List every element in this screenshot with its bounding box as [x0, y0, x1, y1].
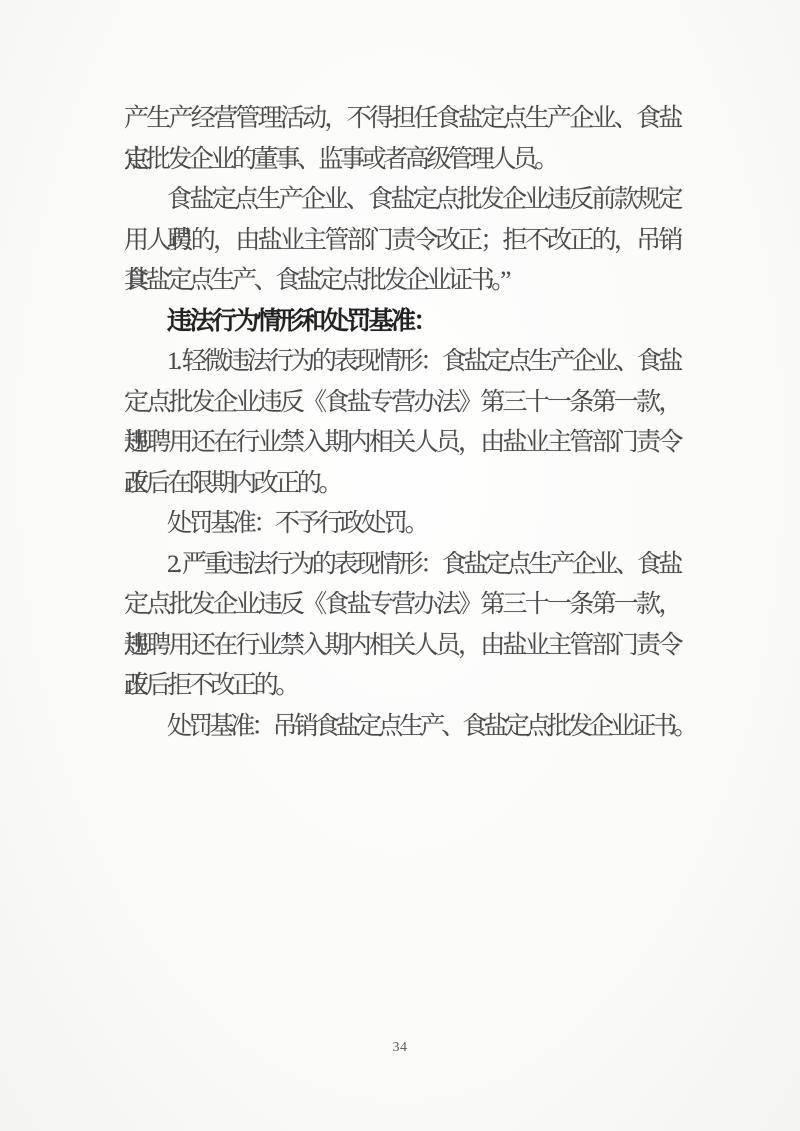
text-line: 规聘用还在行业禁入期内相关人员，由盐业主管部门责令改 — [124, 423, 680, 464]
text-line: 规聘用还在行业禁入期内相关人员，由盐业主管部门责令改 — [124, 626, 680, 667]
document-body: 产生产经营管理活动，不得担任食盐定点生产企业、食盐定 点批发企业的董事、监事或者… — [124, 99, 680, 747]
section-heading: 违法行为情形和处罚基准： — [124, 302, 680, 343]
text-line: 定点批发企业违反《食盐专营办法》第三十一条第一款，违 — [124, 383, 680, 424]
text-line: 食盐定点生产企业、食盐定点批发企业违反前款规定聘 — [124, 180, 680, 221]
text-line: 定点批发企业违反《食盐专营办法》第三十一条第一款，违 — [124, 585, 680, 626]
text-line: 正后在限期内改正的。 — [124, 464, 680, 505]
text-line: 处罚基准：吊销食盐定点生产、食盐定点批发企业证书。 — [124, 707, 680, 748]
text-line: 产生产经营管理活动，不得担任食盐定点生产企业、食盐定 — [124, 99, 680, 140]
page-number: 34 — [0, 1040, 800, 1056]
text-line: 正后拒不改正的。 — [124, 666, 680, 707]
text-line: 点批发企业的董事、监事或者高级管理人员。 — [124, 140, 680, 181]
text-line: 用人员的，由盐业主管部门责令改正；拒不改正的，吊销其 — [124, 221, 680, 262]
text-line: 处罚基准：不予行政处罚。 — [124, 504, 680, 545]
document-page: 产生产经营管理活动，不得担任食盐定点生产企业、食盐定 点批发企业的董事、监事或者… — [0, 0, 800, 1131]
text-line: 1. 轻微违法行为的表现情形：食盐定点生产企业、食盐 — [124, 342, 680, 383]
text-line: 食盐定点生产、食盐定点批发企业证书。” — [124, 261, 680, 302]
text-line: 2. 严重违法行为的表现情形：食盐定点生产企业、食盐 — [124, 545, 680, 586]
